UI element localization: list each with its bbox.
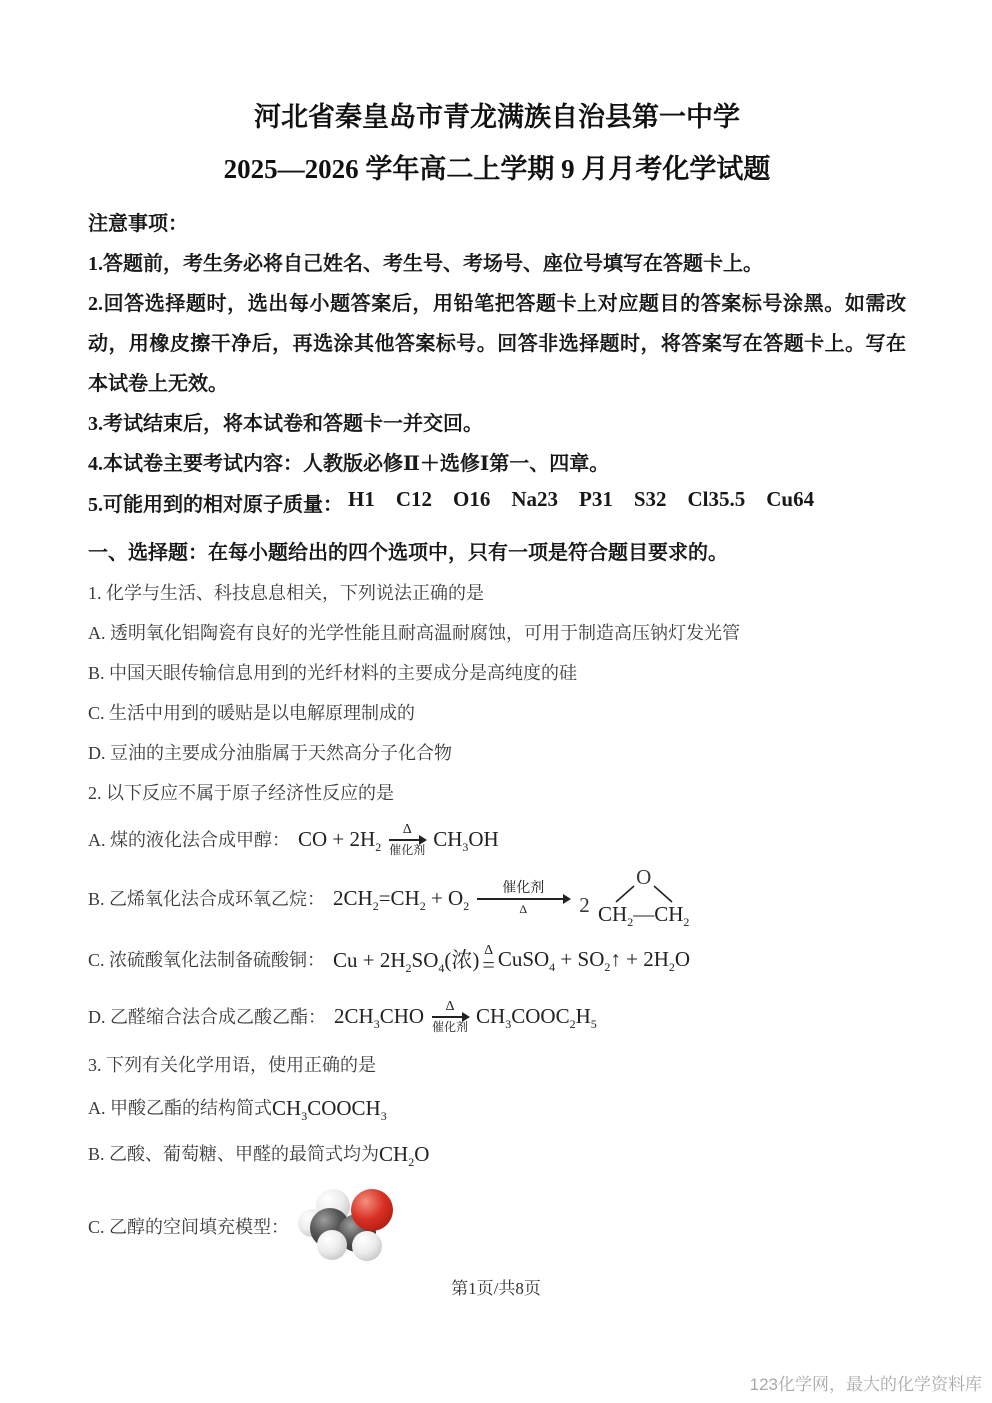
equation-rhs: CuSO4 + SO2↑ + 2H2O [498, 947, 690, 972]
question-1-stem: 1. 化学与生活、科技息息相关，下列说法正确的是 [88, 573, 906, 613]
equation-lhs: 2CH3CHO [334, 1004, 424, 1029]
site-watermark: 123化学网，最大的化学资料库 [750, 1370, 982, 1395]
arrow-condition-bottom: Δ [519, 903, 527, 915]
question-2-stem: 2. 以下反应不属于原子经济性反应的是 [88, 773, 906, 813]
option-label: B. 乙烯氧化法合成环氧乙烷： [88, 885, 325, 911]
exam-paper-page: 河北省秦皇岛市青龙满族自治县第一中学 2025—2026 学年高二上学期 9 月… [0, 0, 992, 1403]
equation-lhs: 2CH2=CH2 + O2 [333, 886, 469, 911]
oxygen-atom-sphere [351, 1189, 393, 1231]
structural-formula: CH3COOCH3 [272, 1088, 387, 1128]
atomic-mass-label: 5.可能用到的相对原子质量： [88, 494, 343, 516]
question-3-stem: 3. 下列有关化学用语，使用正确的是 [88, 1045, 906, 1085]
question-2-option-a: A. 煤的液化法合成甲醇： CO + 2H2 Δ 催化剂 CH3OH [88, 813, 906, 865]
option-label: A. 甲酸乙酯的结构简式 [88, 1088, 272, 1128]
exam-title: 2025—2026 学年高二上学期 9 月月考化学试题 [88, 152, 906, 186]
question-3-option-c: C. 乙醇的空间填充模型： [88, 1177, 906, 1277]
ethanol-space-filling-model [295, 1181, 407, 1273]
notice-item-2: 2.回答选择题时，选出每小题答案后，用铅笔把答题卡上对应题目的答案标号涂黑。如需… [88, 284, 906, 404]
notice-item-3: 3.考试结束后，将本试卷和答题卡一并交回。 [88, 404, 906, 444]
arrow-condition-top: Δ [403, 823, 412, 837]
option-label: A. 煤的液化法合成甲醇： [88, 826, 290, 852]
arrow-condition-bottom: 催化剂 [389, 844, 425, 856]
hydrogen-atom-sphere [352, 1231, 382, 1261]
equation-lhs: Cu + 2H2SO4(浓) [333, 944, 479, 974]
option-label: C. 乙醇的空间填充模型： [88, 1207, 289, 1247]
school-title: 河北省秦皇岛市青龙满族自治县第一中学 [88, 100, 906, 134]
question-2-option-b: B. 乙烯氧化法合成环氧乙烷： 2CH2=CH2 + O2 催化剂 Δ 2 O … [88, 865, 906, 931]
question-1-option-d: D. 豆油的主要成分油脂属于天然高分子化合物 [88, 733, 906, 773]
question-1-option-b: B. 中国天眼传输信息用到的光纤材料的主要成分是高纯度的硅 [88, 653, 906, 693]
epoxide-ring-structure: O CH2—CH2 [594, 869, 694, 927]
reaction-arrow: 催化剂 Δ [477, 882, 569, 915]
hydrogen-atom-sphere [317, 1230, 347, 1260]
notice-heading: 注意事项： [88, 204, 906, 244]
option-label: B. 乙酸、葡萄糖、甲醛的最简式均为 [88, 1134, 379, 1174]
reaction-arrow: Δ 催化剂 [389, 823, 425, 856]
page-number: 第1页/共8页 [0, 1274, 992, 1299]
question-2-option-d: D. 乙醛缩合法合成乙酸乙酯： 2CH3CHO Δ 催化剂 CH3COOC2H5 [88, 987, 906, 1045]
notice-item-1: 1.答题前，考生务必将自己姓名、考生号、考场号、座位号填写在答题卡上。 [88, 244, 906, 284]
equals-icon: = [482, 957, 494, 973]
question-2-option-c: C. 浓硫酸氧化法制备硫酸铜： Cu + 2H2SO4(浓) Δ = CuSO4… [88, 931, 906, 987]
ring-carbons-label: CH2—CH2 [594, 902, 694, 927]
notice-item-4: 4.本试卷主要考试内容：人教版必修Ⅱ＋选修Ⅰ第一、四章。 [88, 444, 906, 484]
question-1-option-c: C. 生活中用到的暖贴是以电解原理制成的 [88, 693, 906, 733]
equation-lhs: CO + 2H2 [298, 827, 381, 852]
section-one-heading: 一、选择题：在每小题给出的四个选项中，只有一项是符合题目要求的。 [88, 533, 906, 573]
arrow-condition-bottom: 催化剂 [432, 1021, 468, 1033]
arrow-icon [389, 839, 425, 841]
arrow-icon [477, 898, 569, 900]
notice-item-5: 5.可能用到的相对原子质量： H1 C12 O16 Na23 P31 S32 C… [88, 484, 906, 525]
option-label: C. 浓硫酸氧化法制备硫酸铜： [88, 946, 325, 972]
heated-equals-sign: Δ = [482, 945, 494, 973]
coefficient: 2 [579, 893, 590, 918]
question-1-option-a: A. 透明氧化铝陶瓷有良好的光学性能且耐高温耐腐蚀，可用于制造高压钠灯发光管 [88, 613, 906, 653]
equation-rhs: CH3OH [433, 827, 499, 852]
empirical-formula: CH2O [379, 1134, 429, 1174]
atomic-mass-values: H1 C12 O16 Na23 P31 S32 Cl35.5 Cu64 [348, 487, 814, 511]
arrow-icon [432, 1016, 468, 1018]
reaction-arrow: Δ 催化剂 [432, 1000, 468, 1033]
question-3-option-a: A. 甲酸乙酯的结构简式 CH3COOCH3 [88, 1085, 906, 1131]
option-label: D. 乙醛缩合法合成乙酸乙酯： [88, 1003, 326, 1029]
arrow-condition-top: 催化剂 [502, 882, 544, 896]
question-3-option-b: B. 乙酸、葡萄糖、甲醛的最简式均为 CH2O [88, 1131, 906, 1177]
arrow-condition-top: Δ [446, 1000, 455, 1014]
equation-rhs: CH3COOC2H5 [476, 1004, 597, 1029]
notice-section: 注意事项： 1.答题前，考生务必将自己姓名、考生号、考场号、座位号填写在答题卡上… [88, 204, 906, 525]
